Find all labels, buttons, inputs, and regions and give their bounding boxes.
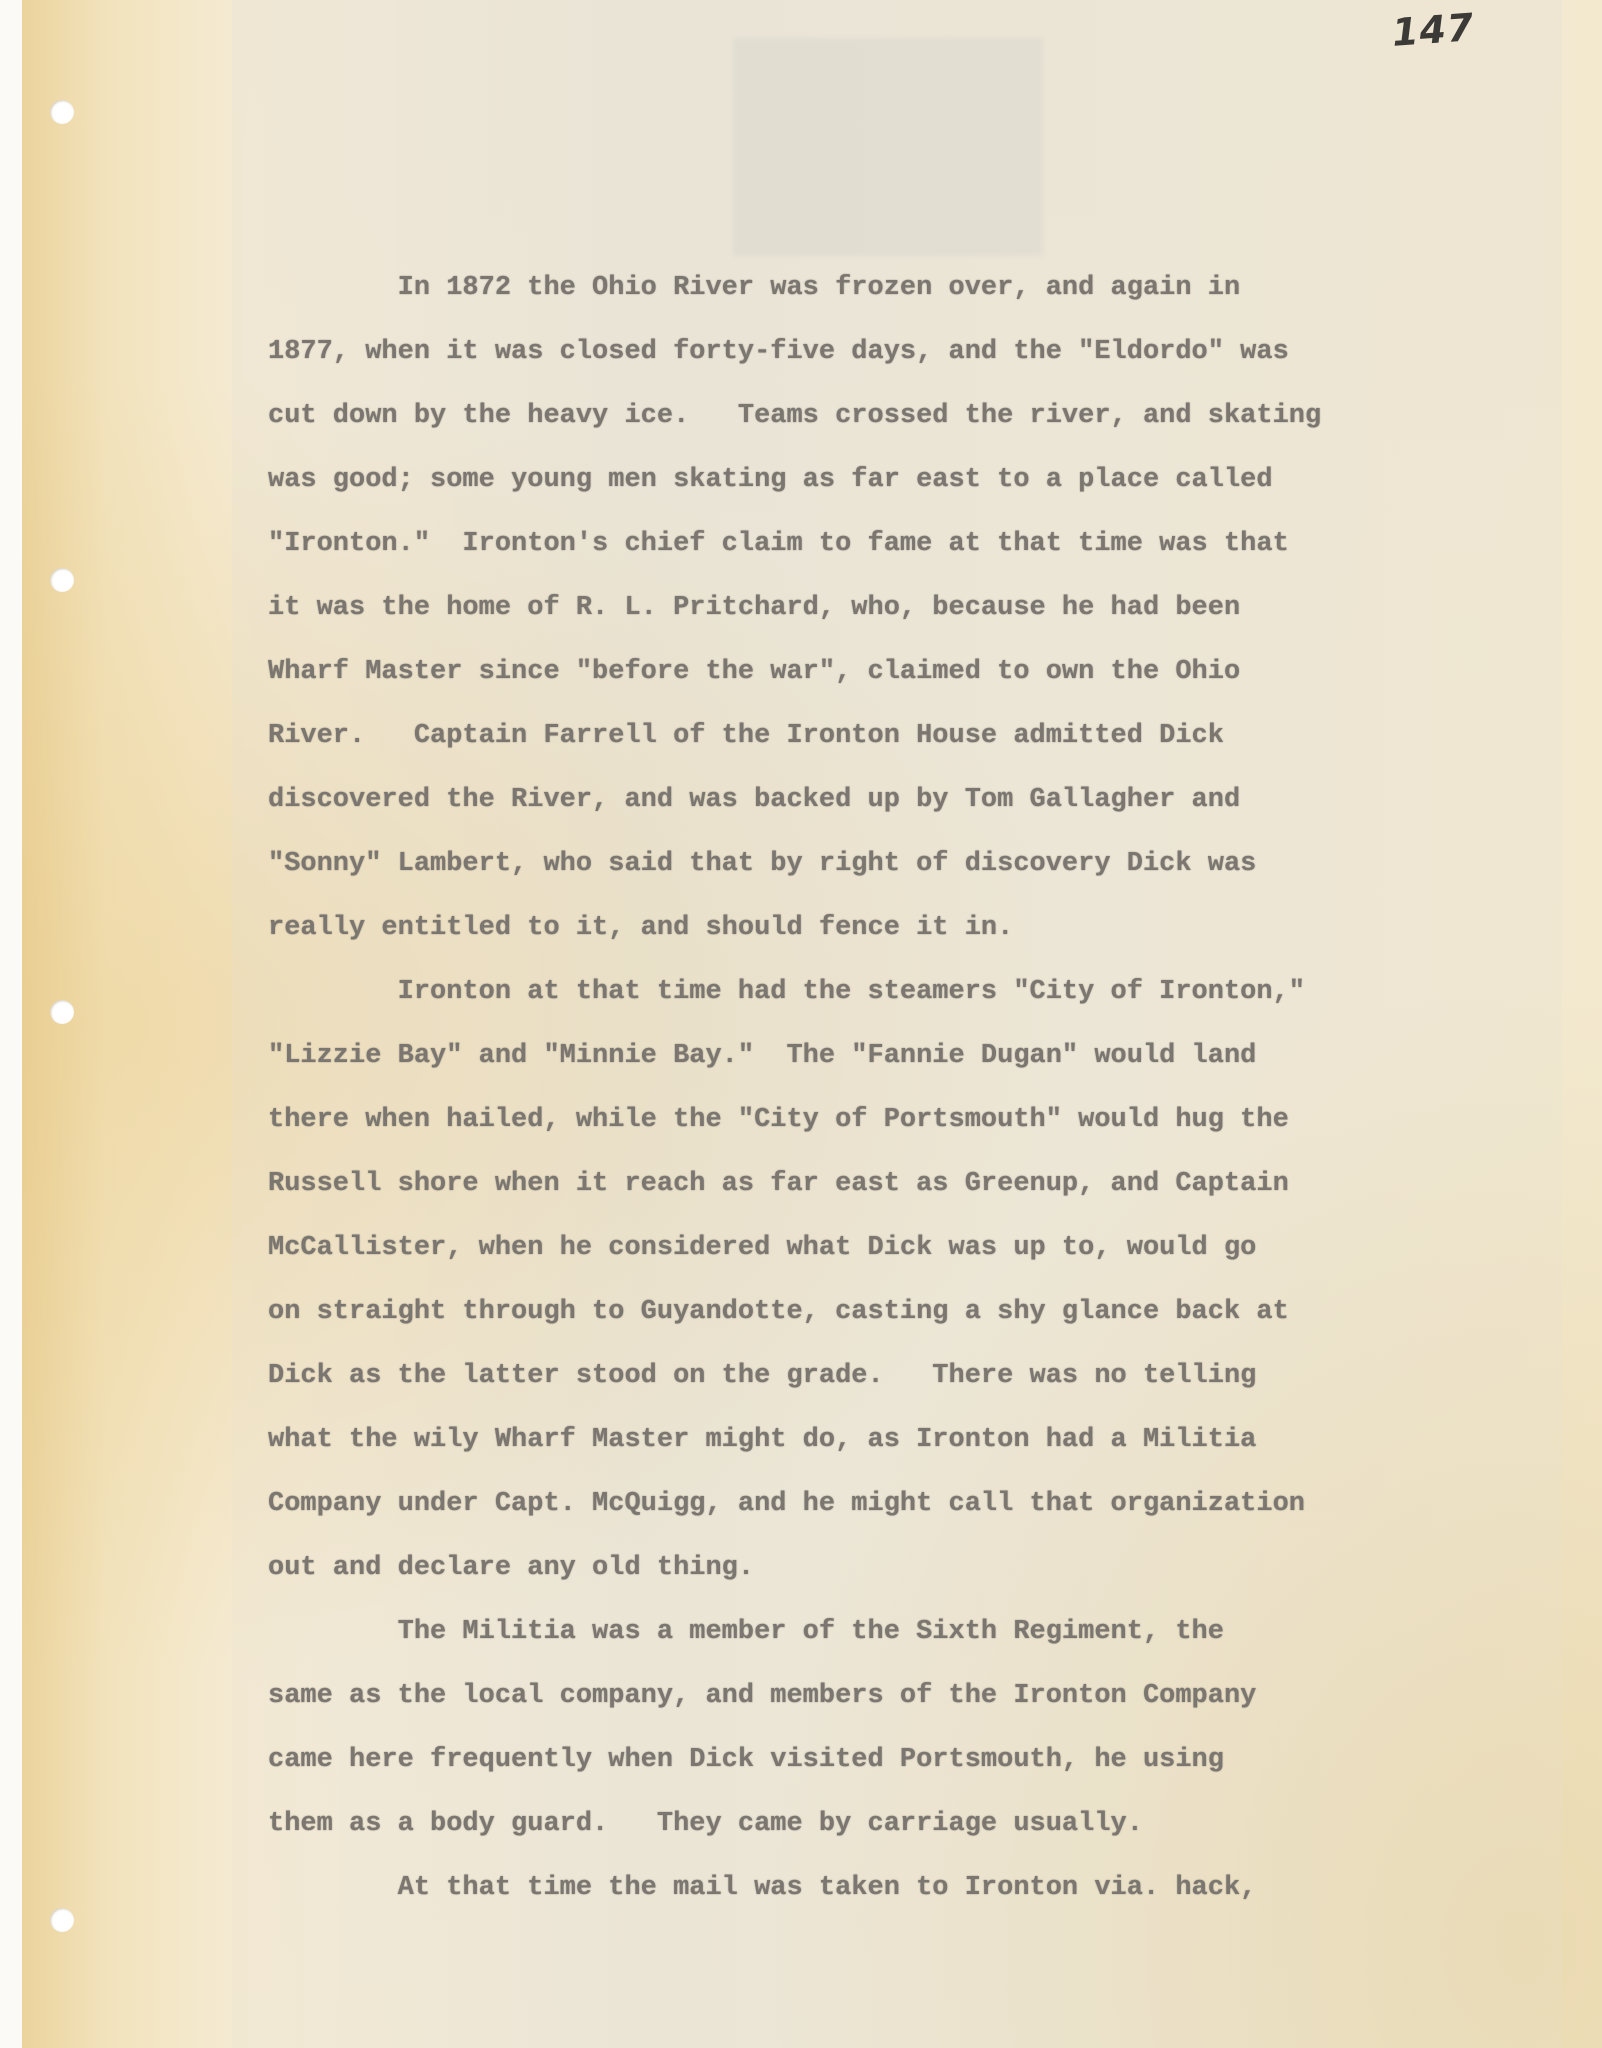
document-page: 147 In 1872 the Ohio River was frozen ov… [0,0,1602,2048]
text-line: McCallister, when he considered what Dic… [268,1228,1256,1268]
scan-margin [0,0,22,2048]
text-line: came here frequently when Dick visited P… [268,1740,1224,1780]
text-line: on straight through to Guyandotte, casti… [268,1292,1289,1332]
punch-hole-icon [50,100,74,124]
text-line: it was the home of R. L. Pritchard, who,… [268,588,1240,628]
text-line: In 1872 the Ohio River was frozen over, … [268,268,1240,308]
text-line: Dick as the latter stood on the grade. T… [268,1356,1256,1396]
text-line: "Lizzie Bay" and "Minnie Bay." The "Fann… [268,1036,1256,1076]
text-line: 1877, when it was closed forty-five days… [268,332,1289,372]
text-line: River. Captain Farrell of the Ironton Ho… [268,716,1224,756]
text-line: them as a body guard. They came by carri… [268,1804,1143,1844]
text-line: "Ironton." Ironton's chief claim to fame… [268,524,1289,564]
text-line: was good; some young men skating as far … [268,460,1273,500]
aged-paper-edge [22,0,232,2048]
text-line: Company under Capt. McQuigg, and he migh… [268,1484,1305,1524]
punch-hole-icon [50,568,74,592]
text-line: Ironton at that time had the steamers "C… [268,972,1305,1012]
text-line: same as the local company, and members o… [268,1676,1256,1716]
text-line: really entitled to it, and should fence … [268,908,1013,948]
text-line: cut down by the heavy ice. Teams crossed… [268,396,1321,436]
text-line: out and declare any old thing. [268,1548,754,1588]
faded-stamp-area [733,38,1043,256]
punch-hole-icon [50,1908,74,1932]
text-line: Russell shore when it reach as far east … [268,1164,1289,1204]
text-line: discovered the River, and was backed up … [268,780,1240,820]
text-line: The Militia was a member of the Sixth Re… [268,1612,1224,1652]
punch-hole-icon [50,1000,74,1024]
text-line: "Sonny" Lambert, who said that by right … [268,844,1256,884]
handwritten-page-number: 147 [1391,5,1476,55]
text-line: Wharf Master since "before the war", cla… [268,652,1240,692]
text-line: there when hailed, while the "City of Po… [268,1100,1289,1140]
text-line: At that time the mail was taken to Iront… [268,1868,1256,1908]
text-line: what the wily Wharf Master might do, as … [268,1420,1256,1460]
